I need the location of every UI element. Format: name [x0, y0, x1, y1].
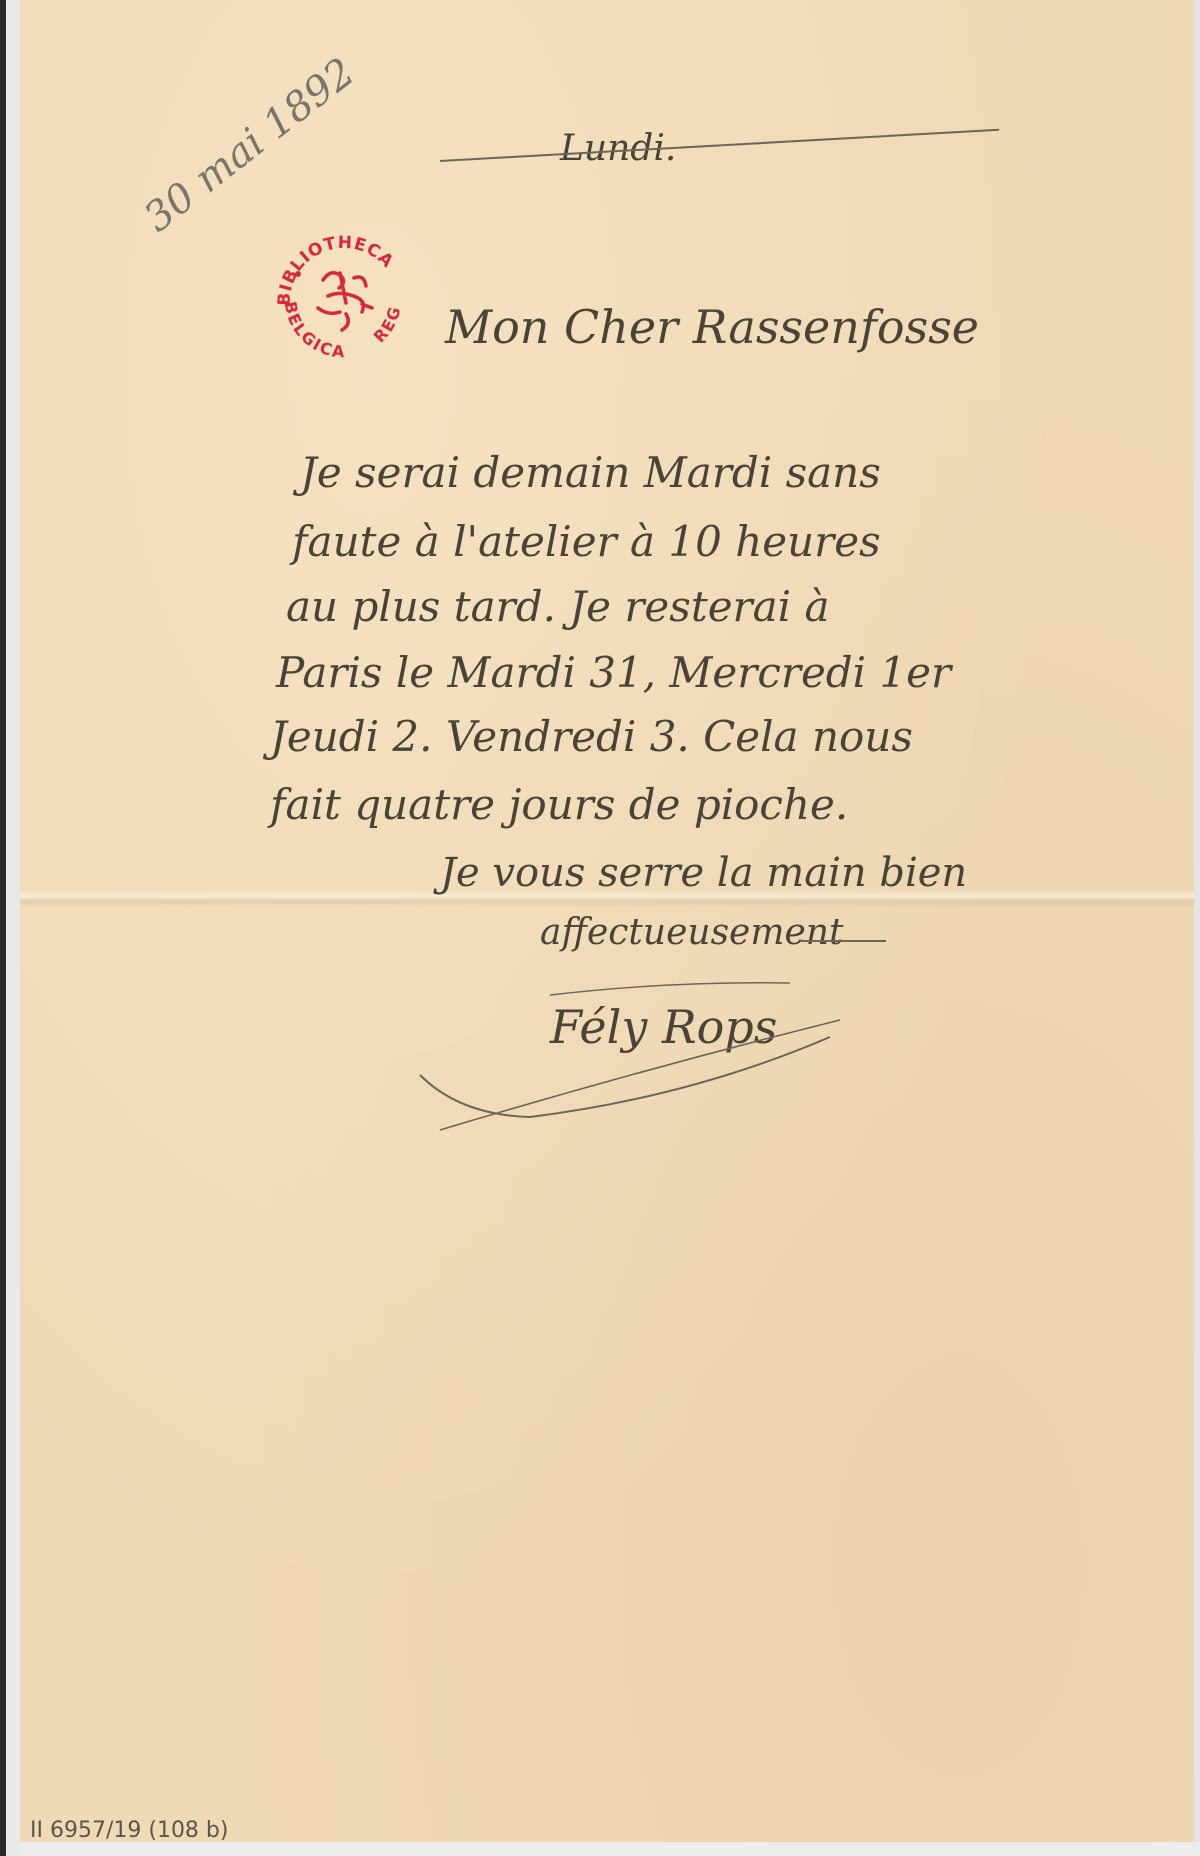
- body-line-1: Je serai demain Mardi sans: [300, 448, 881, 497]
- closing-line-1: Je vous serre la main bien: [440, 850, 967, 896]
- body-line-2: faute à l'atelier à 10 heures: [292, 517, 881, 566]
- salutation: Mon Cher Rassenfosse: [445, 300, 979, 354]
- body-line-6: fait quatre jours de pioche.: [270, 780, 848, 829]
- body-line-5: Jeudi 2. Vendredi 3. Cela nous: [270, 712, 913, 761]
- closing-tail-stroke: [800, 940, 886, 942]
- stamp-separator-dot: [295, 271, 301, 277]
- body-line-4: Paris le Mardi 31, Mercredi 1er: [276, 648, 951, 697]
- lion-emblem-icon: [318, 273, 372, 330]
- shelfmark: II 6957/19 (108 b): [30, 1818, 228, 1843]
- body-line-3: au plus tard. Je resterai à: [286, 582, 830, 631]
- scan-margin-left: [6, 0, 20, 1856]
- library-stamp: BIBLIOTHECA BELGICA REGIA: [268, 218, 418, 368]
- scan-margin-bottom: [20, 1842, 1200, 1856]
- signature-flourish: [400, 955, 920, 1135]
- scan-margin-right: [1194, 0, 1200, 1856]
- closing-line-2: affectueusement: [540, 912, 843, 953]
- stamp-text-left: BELGICA: [281, 300, 347, 362]
